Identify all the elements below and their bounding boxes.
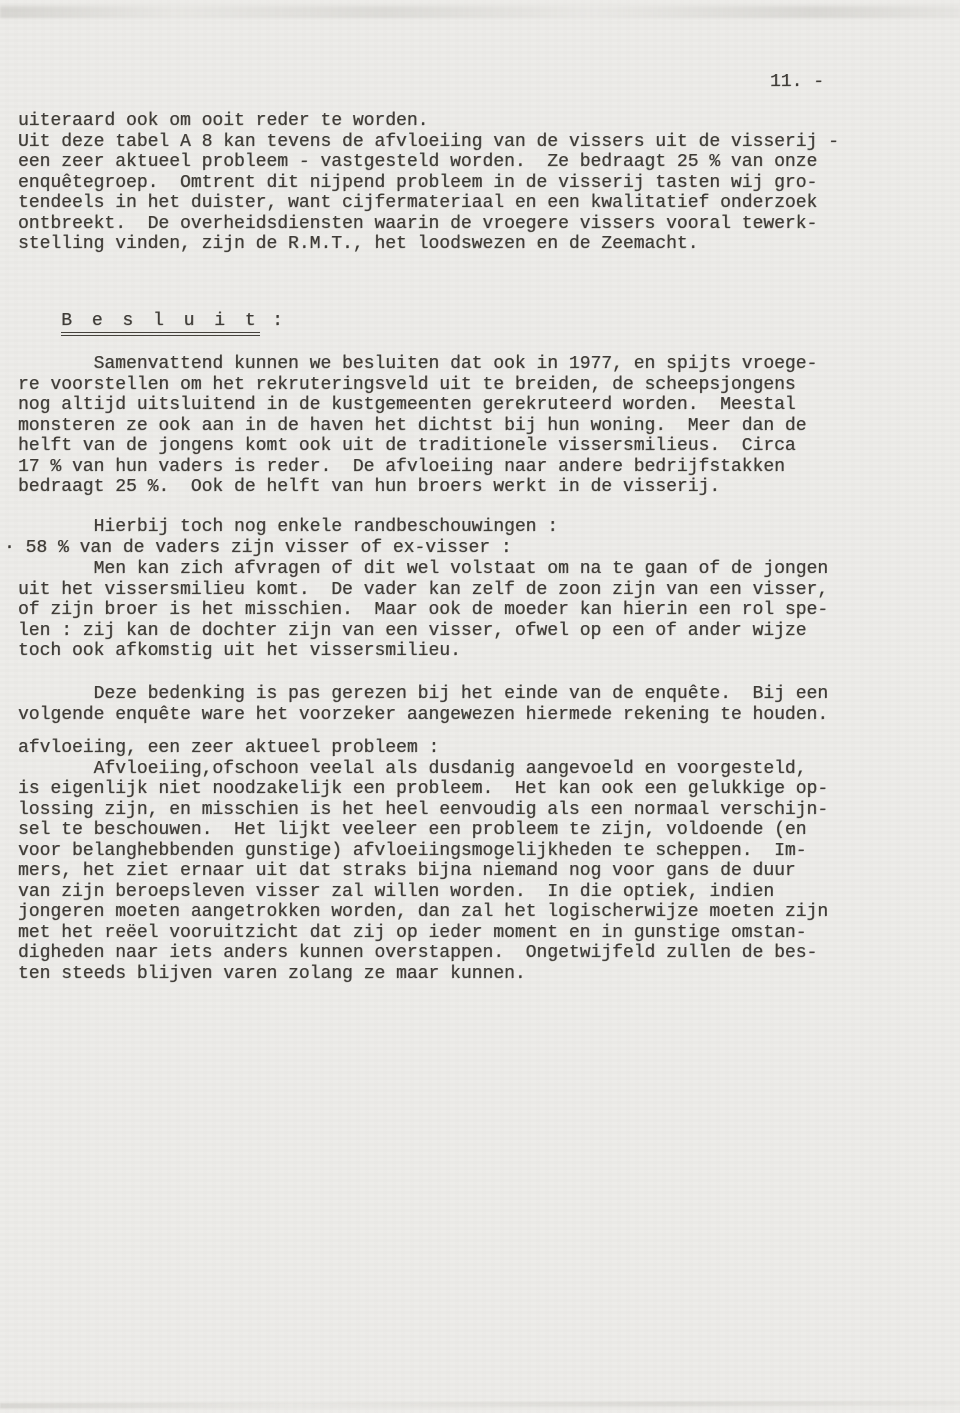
text-line: helft van de jongens komt ook uit de tra… <box>18 436 944 457</box>
text-line: re voorstellen om het rekruteringsveld u… <box>18 375 944 396</box>
afvloeiing-paragraph: afvloeiing, een zeer aktueel probleem : … <box>18 738 944 984</box>
besluit-heading-label: B e s l u i t <box>61 311 260 336</box>
text-line: 17 % van hun vaders is reder. De afvloei… <box>18 457 944 478</box>
text-line: ontbreekt. De overheidsdiensten waarin d… <box>18 214 944 235</box>
text-line: of zijn broer is het misschien. Maar ook… <box>18 600 944 621</box>
text-line: Uit deze tabel A 8 kan tevens de afvloei… <box>18 132 944 153</box>
text-line: jongeren moeten aangetrokken worden, dan… <box>18 902 944 923</box>
text-line: van zijn beroepsleven visser zal willen … <box>18 882 944 903</box>
text-line: Men kan zich afvragen of dit wel volstaa… <box>18 559 944 580</box>
text-line: bedraagt 25 %. Ook de helft van hun broe… <box>18 477 944 498</box>
text-line: nog altijd uitsluitend in de kustgemeent… <box>18 395 944 416</box>
page-number: 11. - <box>770 72 824 93</box>
text-line: digheden naar iets anders kunnen oversta… <box>18 943 944 964</box>
text-line: stelling vinden, zijn de R.M.T., het loo… <box>18 234 944 255</box>
text-line: tendeels in het duister, want cijfermate… <box>18 193 944 214</box>
text-line: is eigenlijk niet noodzakelijk een probl… <box>18 779 944 800</box>
text-line: met het reëel vooruitzicht dat zij op ie… <box>18 923 944 944</box>
text-line: ten steeds blijven varen zolang ze maar … <box>18 964 944 985</box>
text-line: Afvloeiing,ofschoon veelal als dusdanig … <box>18 759 944 780</box>
scanned-document-page: 11. - uiteraard ook om ooit reder te wor… <box>0 0 960 1413</box>
scan-artifact-top <box>0 6 960 18</box>
besluit-heading: B e s l u i t: <box>18 290 944 352</box>
text-line: uit het vissersmilieu komt. De vader kan… <box>18 580 944 601</box>
text-line: volgende enquête ware het voorzeker aang… <box>18 705 944 726</box>
text-line: toch ook afkomstig uit het vissersmilieu… <box>18 641 944 662</box>
text-line: sel te beschouwen. Het lijkt veeleer een… <box>18 820 944 841</box>
besluit-heading-colon: : <box>272 311 283 331</box>
bedenking-paragraph: Deze bedenking is pas gerezen bij het ei… <box>18 684 944 725</box>
text-line: lossing zijn, en misschien is het heel e… <box>18 800 944 821</box>
summary-paragraph: Samenvattend kunnen we besluiten dat ook… <box>18 354 944 498</box>
text-line: voor belanghebbenden gunstige) afvloeiin… <box>18 841 944 862</box>
text-line: len : zij kan de dochter zijn van een vi… <box>18 621 944 642</box>
text-line: uiteraard ook om ooit reder te worden. <box>18 111 944 132</box>
text-line: een zeer aktueel probleem - vastgesteld … <box>18 152 944 173</box>
text-line: mers, het ziet ernaar uit dat straks bij… <box>18 861 944 882</box>
text-line: afvloeiing, een zeer aktueel probleem : <box>18 738 944 759</box>
text-line: Deze bedenking is pas gerezen bij het ei… <box>18 684 944 705</box>
text-line: monsteren ze ook aan in de haven het dic… <box>18 416 944 437</box>
text-line: Samenvattend kunnen we besluiten dat ook… <box>18 354 944 375</box>
text-line: enquêtegroep. Omtrent dit nijpend proble… <box>18 173 944 194</box>
randbeschouwingen-bullet-line: · 58 % van de vaders zijn visser of ex-v… <box>4 538 944 559</box>
scan-artifact-bottom <box>0 1401 960 1409</box>
randbeschouwingen-paragraph: Men kan zich afvragen of dit wel volstaa… <box>18 559 944 662</box>
intro-paragraph: uiteraard ook om ooit reder te worden.Ui… <box>18 111 944 255</box>
randbeschouwingen-intro-line: Hierbij toch nog enkele randbeschouwinge… <box>18 517 944 538</box>
